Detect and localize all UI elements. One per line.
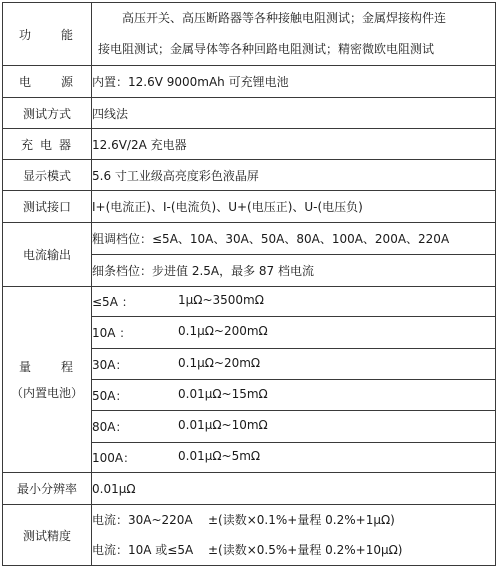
spec-table: 功能 高压开关、高压断路器等各种接触电阻测试；金属焊接构件连 接电阻测试；金属导… — [2, 2, 496, 566]
row-interface: 测试接口 I+(电流正)、I-(电流负)、U+(电压正)、U-(电压负) — [3, 191, 496, 223]
row-range: 量程 （内置电池） ≤5A ：1μΩ~3500mΩ — [3, 287, 496, 317]
function-line-1: 高压开关、高压断路器等各种接触电阻测试；金属焊接构件连 — [98, 3, 489, 34]
range-current: 30A： — [92, 356, 178, 373]
accuracy-current: 电流：10A 或≤5A — [92, 535, 208, 565]
label-char: 功 — [19, 26, 31, 43]
label-char: 源 — [61, 73, 73, 90]
row-power: 电源 内置：12.6V 9000mAh 可充锂电池 — [3, 66, 496, 98]
label-power: 电源 — [3, 66, 92, 98]
accuracy-line: 电流：10A 或≤5A±(读数×0.5%+量程 0.2%+10μΩ) — [92, 535, 495, 565]
label-char: 能 — [61, 26, 73, 43]
range-row: 30A：0.1μΩ~20mΩ — [92, 349, 496, 380]
range-sublabel: （内置电池） — [3, 380, 91, 406]
row-min-resolution: 最小分辨率 0.01μΩ — [3, 473, 496, 505]
row-function: 功能 高压开关、高压断路器等各种接触电阻测试；金属焊接构件连 接电阻测试；金属导… — [3, 3, 496, 66]
value-test-method: 四线法 — [92, 98, 496, 129]
label-char: 量 — [19, 354, 31, 380]
label-accuracy: 测试精度 — [3, 505, 92, 566]
range-current: 100A： — [92, 449, 178, 466]
row-test-method: 测试方式 四线法 — [3, 98, 496, 129]
label-display: 显示模式 — [3, 160, 92, 191]
label-char: 电 — [19, 73, 31, 90]
label-function: 功能 — [3, 3, 92, 66]
row-current-output-coarse: 电流输出 粗调档位：≤5A、10A、30A、50A、80A、100A、200A、… — [3, 223, 496, 255]
label-char: 电 — [40, 136, 52, 153]
range-row: 100A：0.01μΩ~5mΩ — [92, 443, 496, 473]
accuracy-line: 电流：30A~220A±(读数×0.1%+量程 0.2%+1μΩ) — [92, 505, 495, 535]
label-min-resolution: 最小分辨率 — [3, 473, 92, 505]
range-current: 50A： — [92, 387, 178, 404]
value-display: 5.6 寸工业级高亮度彩色液晶屏 — [92, 160, 496, 191]
value-accuracy: 电流：30A~220A±(读数×0.1%+量程 0.2%+1μΩ) 电流：10A… — [92, 505, 496, 566]
accuracy-current: 电流：30A~220A — [92, 505, 208, 535]
range-current: 80A： — [92, 418, 178, 435]
accuracy-spec: ±(读数×0.5%+量程 0.2%+10μΩ) — [208, 543, 402, 557]
label-test-method: 测试方式 — [3, 98, 92, 129]
range-current: 10A ： — [92, 324, 178, 341]
range-value: 0.01μΩ~15mΩ — [178, 387, 268, 404]
value-min-resolution: 0.01μΩ — [92, 473, 496, 505]
row-charger: 充电器 12.6V/2A 充电器 — [3, 129, 496, 160]
range-row: 80A：0.01μΩ~10mΩ — [92, 411, 496, 443]
range-value: 0.1μΩ~20mΩ — [178, 356, 260, 373]
value-interface: I+(电流正)、I-(电流负)、U+(电压正)、U-(电压负) — [92, 191, 496, 223]
range-row: 10A ：0.1μΩ~200mΩ — [92, 317, 496, 349]
function-line-2: 接电阻测试；金属导体等各种回路电阻测试；精密微欧电阻测试 — [98, 34, 489, 65]
value-current-coarse: 粗调档位：≤5A、10A、30A、50A、80A、100A、200A、220A — [92, 223, 496, 255]
value-charger: 12.6V/2A 充电器 — [92, 129, 496, 160]
row-display: 显示模式 5.6 寸工业级高亮度彩色液晶屏 — [3, 160, 496, 191]
row-accuracy: 测试精度 电流：30A~220A±(读数×0.1%+量程 0.2%+1μΩ) 电… — [3, 505, 496, 566]
label-current-output: 电流输出 — [3, 223, 92, 287]
label-char: 充 — [21, 136, 33, 153]
range-row: 50A：0.01μΩ~15mΩ — [92, 380, 496, 411]
accuracy-spec: ±(读数×0.1%+量程 0.2%+1μΩ) — [208, 513, 395, 527]
range-value: 0.1μΩ~200mΩ — [178, 324, 268, 341]
value-power: 内置：12.6V 9000mAh 可充锂电池 — [92, 66, 496, 98]
range-row: ≤5A ：1μΩ~3500mΩ — [92, 287, 496, 317]
label-range: 量程 （内置电池） — [3, 287, 92, 473]
range-value: 1μΩ~3500mΩ — [178, 293, 264, 310]
range-value: 0.01μΩ~10mΩ — [178, 418, 268, 435]
label-charger: 充电器 — [3, 129, 92, 160]
label-interface: 测试接口 — [3, 191, 92, 223]
range-value: 0.01μΩ~5mΩ — [178, 449, 260, 466]
label-char: 器 — [59, 136, 71, 153]
value-current-fine: 细条档位：步进值 2.5A，最多 87 档电流 — [92, 255, 496, 287]
label-char: 程 — [61, 354, 73, 380]
range-current: ≤5A ： — [92, 293, 178, 310]
value-function: 高压开关、高压断路器等各种接触电阻测试；金属焊接构件连 接电阻测试；金属导体等各… — [92, 3, 496, 66]
